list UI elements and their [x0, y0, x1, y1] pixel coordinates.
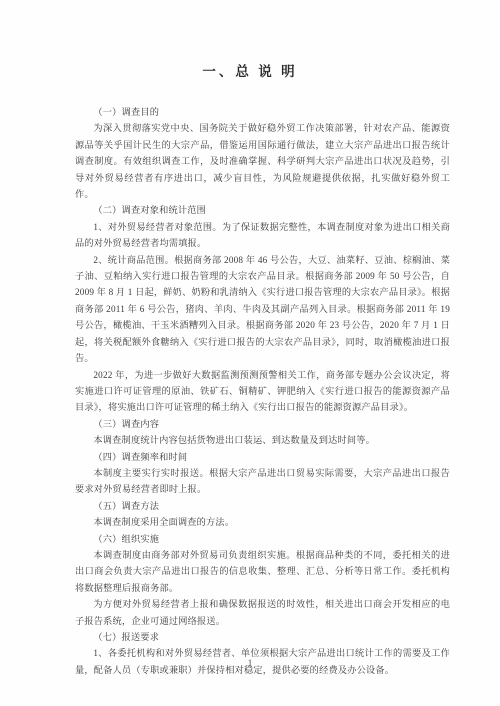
- body-paragraph: 本调查制度采用全面调查的方法。: [75, 514, 450, 530]
- document-title: 一、总 说 明: [0, 0, 500, 80]
- body-paragraph: 为深入贯彻落实党中央、国务院关于做好稳外贸工作决策部署，针对农产品、能源资源品等…: [75, 120, 450, 202]
- body-paragraph: 本调查制度由商务部对外贸易司负责组织实施。根据商品种类的不同，委托相关的进出口商…: [75, 547, 450, 596]
- section-heading-7: （七）报送要求: [75, 629, 450, 645]
- section-heading-4: （四）调查频率和时间: [75, 449, 450, 465]
- body-paragraph: 1、对外贸易经营者对象范围。为了保证数据完整性，本调查制度对象为进出口相关商品的…: [75, 219, 450, 252]
- section-heading-6: （六）组织实施: [75, 531, 450, 547]
- section-heading-5: （五）调查方法: [75, 498, 450, 514]
- body-paragraph: 2022 年，为进一步做好大数据监测预测预警相关工作，商务部专题办公会议决定，将…: [75, 367, 450, 416]
- section-heading-3: （三）调查内容: [75, 416, 450, 432]
- body-paragraph: 本调查制度统计内容包括货物进出口装运、到达数量及到达时间等。: [75, 432, 450, 448]
- body-paragraph: 2、统计商品范围。根据商务部 2008 年 46 号公告，大豆、油菜籽、豆油、棕…: [75, 252, 450, 367]
- page-number: 1: [0, 658, 500, 668]
- body-paragraph: 本制度主要实行实时报送。根据大宗产品进出口贸易实际需要，大宗产品进出口报告要求对…: [75, 465, 450, 498]
- section-heading-1: （一）调查目的: [75, 104, 450, 120]
- section-heading-2: （二）调查对象和统计范围: [75, 202, 450, 218]
- document-page: 一、总 说 明 （一）调查目的为深入贯彻落实党中央、国务院关于做好稳外贸工作决策…: [0, 0, 500, 706]
- body-paragraph: 为方便对外贸易经营者上报和确保数据报送的时效性，相关进出口商会开发相应的电子报告…: [75, 596, 450, 629]
- document-body: （一）调查目的为深入贯彻落实党中央、国务院关于做好稳外贸工作决策部署，针对农产品…: [75, 104, 450, 678]
